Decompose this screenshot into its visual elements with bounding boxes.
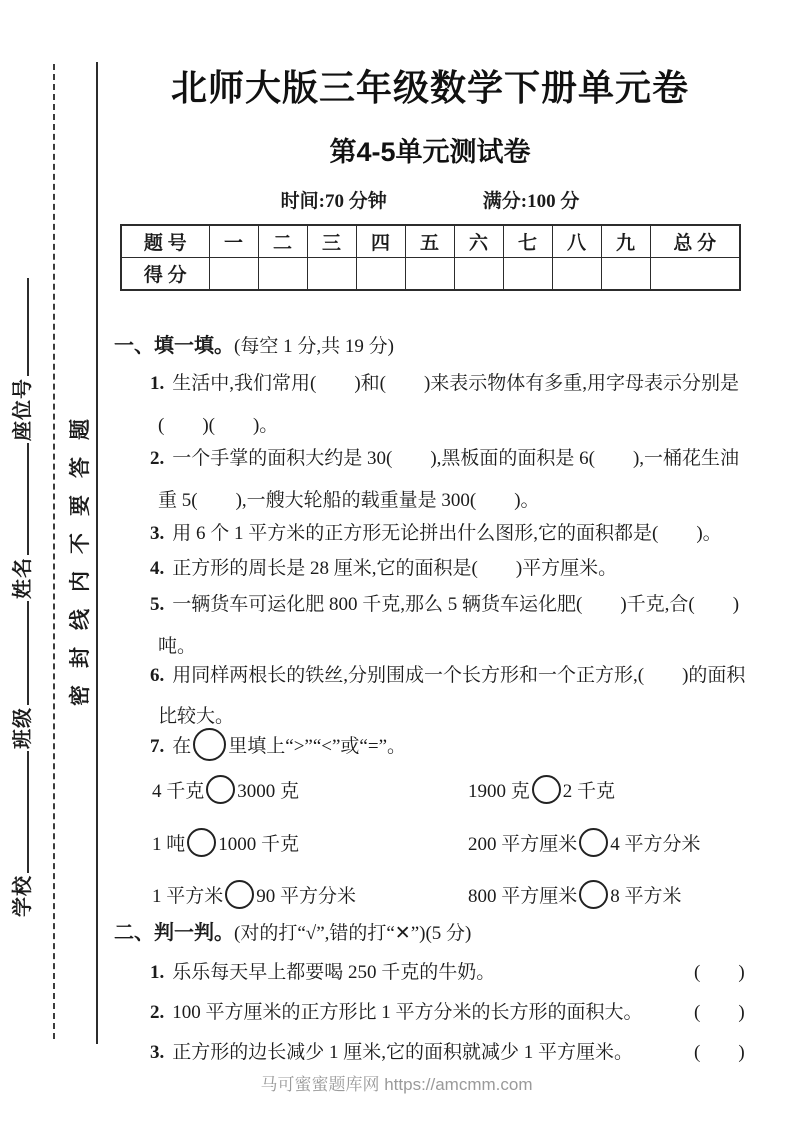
- score-cell: [209, 258, 258, 291]
- compare-left-value: 1 平方米: [152, 886, 223, 907]
- comparison-circle-blank: [579, 828, 608, 857]
- section-two-note: (对的打“√”,错的打“✕”)(5 分): [234, 923, 471, 944]
- question-text: 生活中,我们常用( )和( )来表示物体有多重,用字母表示分别是: [172, 373, 739, 394]
- compare-left-value: 800 平方厘米: [468, 886, 577, 907]
- question-text: 里填上“>”“<”或“=”。: [228, 736, 406, 757]
- compare-right-value: 2 千克: [563, 781, 615, 802]
- score-cell: [650, 258, 740, 291]
- question-text: 一辆货车可运化肥 800 千克,那么 5 辆货车运化肥( )千克,合( ): [172, 594, 739, 615]
- question-text: 用同样两根长的铁丝,分别围成一个长方形和一个正方形,( )的面积: [172, 665, 745, 686]
- comparison-circle-blank: [532, 775, 561, 804]
- comparison-item: 200 平方厘米4 平方分米: [468, 828, 701, 859]
- comparison-circle-blank: [225, 880, 254, 909]
- class-label: 班级: [12, 707, 34, 749]
- question-number: 2.: [150, 1002, 164, 1023]
- judge-question-line: 1.乐乐每天早上都要喝 250 千克的牛奶。: [150, 959, 495, 987]
- compare-right-value: 90 平方分米: [256, 886, 356, 907]
- name-label: 姓名: [12, 557, 34, 599]
- paper-title: 北师大版三年级数学下册单元卷: [100, 60, 760, 111]
- question-line: 4.正方形的周长是 28 厘米,它的面积是( )平方厘米。: [150, 555, 617, 583]
- school-blank-line: [13, 751, 29, 873]
- section-two-title: 二、判一判。: [114, 922, 234, 944]
- name-blank-line: [13, 443, 29, 555]
- section-one-heading: 一、填一填。(每空 1 分,共 19 分): [114, 332, 394, 361]
- score-cell: [552, 258, 601, 291]
- score-cell: [356, 258, 405, 291]
- question-number: 3.: [150, 1042, 164, 1063]
- question-text: 正方形的周长是 28 厘米,它的面积是( )平方厘米。: [172, 558, 617, 579]
- comparison-item: 4 千克3000 克: [152, 775, 299, 806]
- score-cell: [454, 258, 503, 291]
- score-cell: [405, 258, 454, 291]
- seal-warning-text: 密封线内不要答题: [64, 388, 94, 706]
- duration-label: 时间:70 分钟: [281, 186, 387, 213]
- class-blank-line: [13, 601, 29, 705]
- school-label: 学校: [12, 875, 34, 917]
- compare-left-value: 200 平方厘米: [468, 834, 577, 855]
- question-text: 比较大。: [158, 706, 234, 727]
- section-one-title: 一、填一填。: [114, 335, 234, 357]
- score-table: 题 号 一 二 三 四 五 六 七 八 九 总 分 得 分: [120, 224, 741, 291]
- comparison-item: 800 平方厘米8 平方米: [468, 880, 682, 911]
- seat-blank-line: [13, 278, 29, 376]
- judge-question-line: 3.正方形的边长减少 1 厘米,它的面积就减少 1 平方厘米。: [150, 1039, 633, 1067]
- seal-dashed-line: [53, 64, 55, 1039]
- question-line: 2.一个手掌的面积大约是 30( ),黑板面的面积是 6( ),一桶花生油: [150, 445, 739, 473]
- col-header: 五: [405, 225, 454, 258]
- col-header: 七: [503, 225, 552, 258]
- question-number: 1.: [150, 373, 164, 394]
- question-text: ( )( )。: [158, 415, 278, 436]
- question-line: 6.用同样两根长的铁丝,分别围成一个长方形和一个正方形,( )的面积: [150, 662, 745, 690]
- seal-border-line: [96, 62, 98, 1044]
- comparison-circle-blank: [187, 828, 216, 857]
- student-info-strip: 学校班级姓名座位号: [6, 203, 44, 917]
- full-score-label: 满分:100 分: [483, 186, 580, 213]
- question-line: 7.在里填上“>”“<”或“=”。: [150, 728, 406, 761]
- col-header: 九: [601, 225, 650, 258]
- judge-answer-blank: ( ): [694, 1039, 745, 1067]
- score-table-header-row: 题 号 一 二 三 四 五 六 七 八 九 总 分: [121, 225, 740, 258]
- score-table-score-row: 得 分: [121, 258, 740, 291]
- compare-left-value: 4 千克: [152, 781, 204, 802]
- seat-number-label: 座位号: [12, 378, 34, 441]
- exam-meta-row: 时间:70 分钟 满分:100 分: [100, 186, 760, 213]
- score-cell: [307, 258, 356, 291]
- question-line: 比较大。: [158, 703, 234, 731]
- question-number: 3.: [150, 523, 164, 544]
- judge-question-line: 2.100 平方厘米的正方形比 1 平方分米的长方形的面积大。: [150, 999, 643, 1027]
- question-number: 4.: [150, 558, 164, 579]
- compare-right-value: 8 平方米: [610, 886, 681, 907]
- question-text: 用 6 个 1 平方米的正方形无论拼出什么图形,它的面积都是( )。: [172, 523, 721, 544]
- question-number: 2.: [150, 448, 164, 469]
- comparison-item: 1 平方米90 平方分米: [152, 880, 356, 911]
- question-text: 乐乐每天早上都要喝 250 千克的牛奶。: [172, 962, 495, 983]
- comparison-circle-blank: [579, 880, 608, 909]
- compare-right-value: 1000 千克: [218, 834, 299, 855]
- col-header: 一: [209, 225, 258, 258]
- question-line: 重 5( ),一艘大轮船的载重量是 300( )。: [158, 487, 540, 515]
- question-number: 5.: [150, 594, 164, 615]
- judge-answer-blank: ( ): [694, 959, 745, 987]
- score-cell: [258, 258, 307, 291]
- comparison-circle-blank: [206, 775, 235, 804]
- score-cell: [503, 258, 552, 291]
- comparison-item: 1 吨1000 千克: [152, 828, 299, 859]
- col-header: 六: [454, 225, 503, 258]
- compare-right-value: 3000 克: [237, 781, 299, 802]
- question-number: 6.: [150, 665, 164, 686]
- question-text: 正方形的边长减少 1 厘米,它的面积就减少 1 平方厘米。: [172, 1042, 633, 1063]
- score-row-label: 得 分: [121, 258, 209, 291]
- section-two-heading: 二、判一判。(对的打“√”,错的打“✕”)(5 分): [114, 919, 471, 948]
- total-score-header: 总 分: [650, 225, 740, 258]
- compare-left-value: 1 吨: [152, 834, 185, 855]
- col-header: 四: [356, 225, 405, 258]
- comparison-circle-blank: [193, 728, 226, 761]
- question-line: 5.一辆货车可运化肥 800 千克,那么 5 辆货车运化肥( )千克,合( ): [150, 591, 739, 619]
- question-line: 1.生活中,我们常用( )和( )来表示物体有多重,用字母表示分别是: [150, 370, 739, 398]
- question-number: 7.: [150, 736, 164, 757]
- score-cell: [601, 258, 650, 291]
- compare-left-value: 1900 克: [468, 781, 530, 802]
- col-header: 八: [552, 225, 601, 258]
- judge-answer-blank: ( ): [694, 999, 745, 1027]
- question-text: 在: [172, 736, 191, 757]
- question-line: 3.用 6 个 1 平方米的正方形无论拼出什么图形,它的面积都是( )。: [150, 520, 722, 548]
- question-text: 100 平方厘米的正方形比 1 平方分米的长方形的面积大。: [172, 1002, 642, 1023]
- compare-right-value: 4 平方分米: [610, 834, 700, 855]
- question-number: 1.: [150, 962, 164, 983]
- exam-paper-page: 学校班级姓名座位号 密封线内不要答题 北师大版三年级数学下册单元卷 第4-5单元…: [0, 0, 793, 1122]
- col-header: 三: [307, 225, 356, 258]
- question-text: 重 5( ),一艘大轮船的载重量是 300( )。: [158, 490, 540, 511]
- question-number-header: 题 号: [121, 225, 209, 258]
- comparison-item: 1900 克2 千克: [468, 775, 615, 806]
- site-watermark: 马可蜜蜜题库网 https://amcmm.com: [0, 1070, 793, 1095]
- question-text: 一个手掌的面积大约是 30( ),黑板面的面积是 6( ),一桶花生油: [172, 448, 739, 469]
- section-one-note: (每空 1 分,共 19 分): [234, 336, 394, 357]
- col-header: 二: [258, 225, 307, 258]
- question-line: ( )( )。: [158, 412, 278, 440]
- question-line: 吨。: [158, 633, 196, 661]
- paper-subtitle: 第4-5单元测试卷: [100, 130, 760, 169]
- question-text: 吨。: [158, 636, 196, 657]
